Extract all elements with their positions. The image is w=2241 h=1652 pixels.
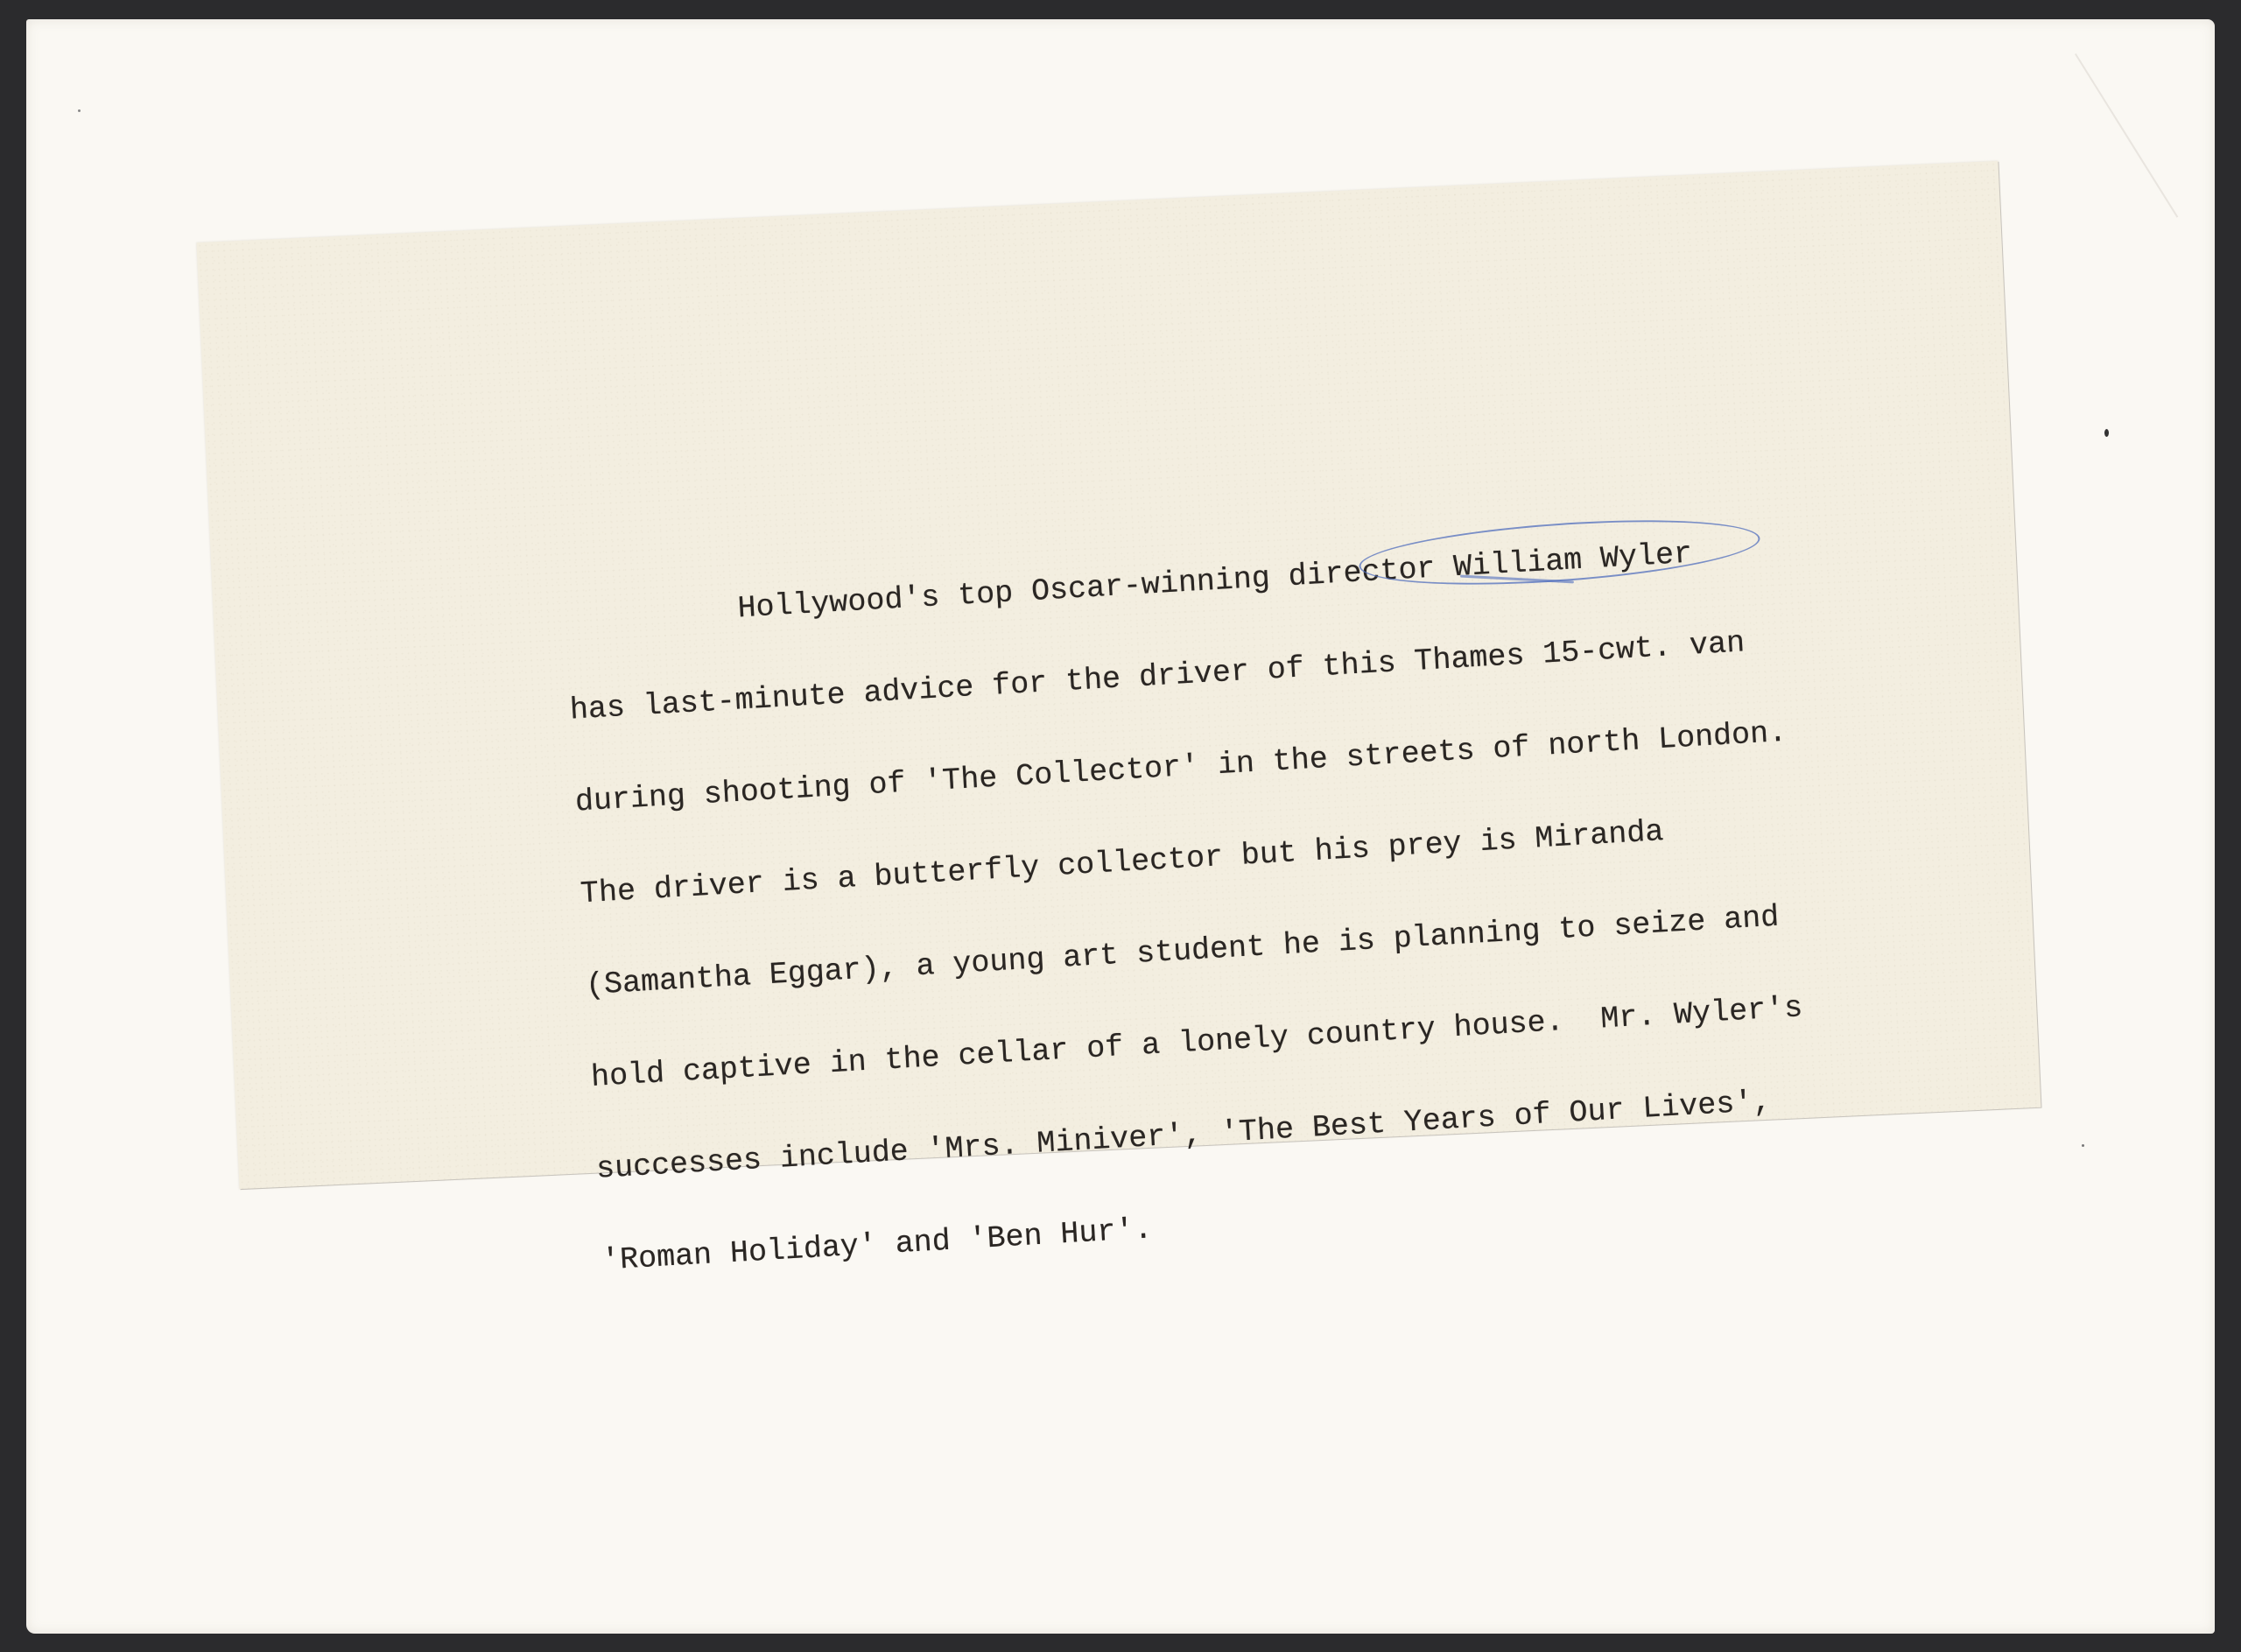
- caption-line: successes include 'Mrs. Miniver', 'The B…: [595, 1083, 1838, 1185]
- caption-line: (Samantha Eggar), a young art student he…: [585, 899, 1828, 1002]
- ink-speck: [2104, 429, 2109, 437]
- typewritten-caption: Hollywood's top Oscar-winning director W…: [560, 471, 1845, 1307]
- dust-speck: [2082, 1144, 2084, 1147]
- caption-line: hold captive in the cellar of a lonely c…: [590, 991, 1833, 1093]
- dust-speck: [78, 109, 81, 112]
- caption-line: has last-minute advice for the driver of…: [569, 624, 1812, 727]
- caption-line: The driver is a butterfly collector but …: [580, 808, 1823, 910]
- paper-crease: [2075, 53, 2178, 218]
- caption-line: during shooting of 'The Collector' in th…: [574, 716, 1817, 819]
